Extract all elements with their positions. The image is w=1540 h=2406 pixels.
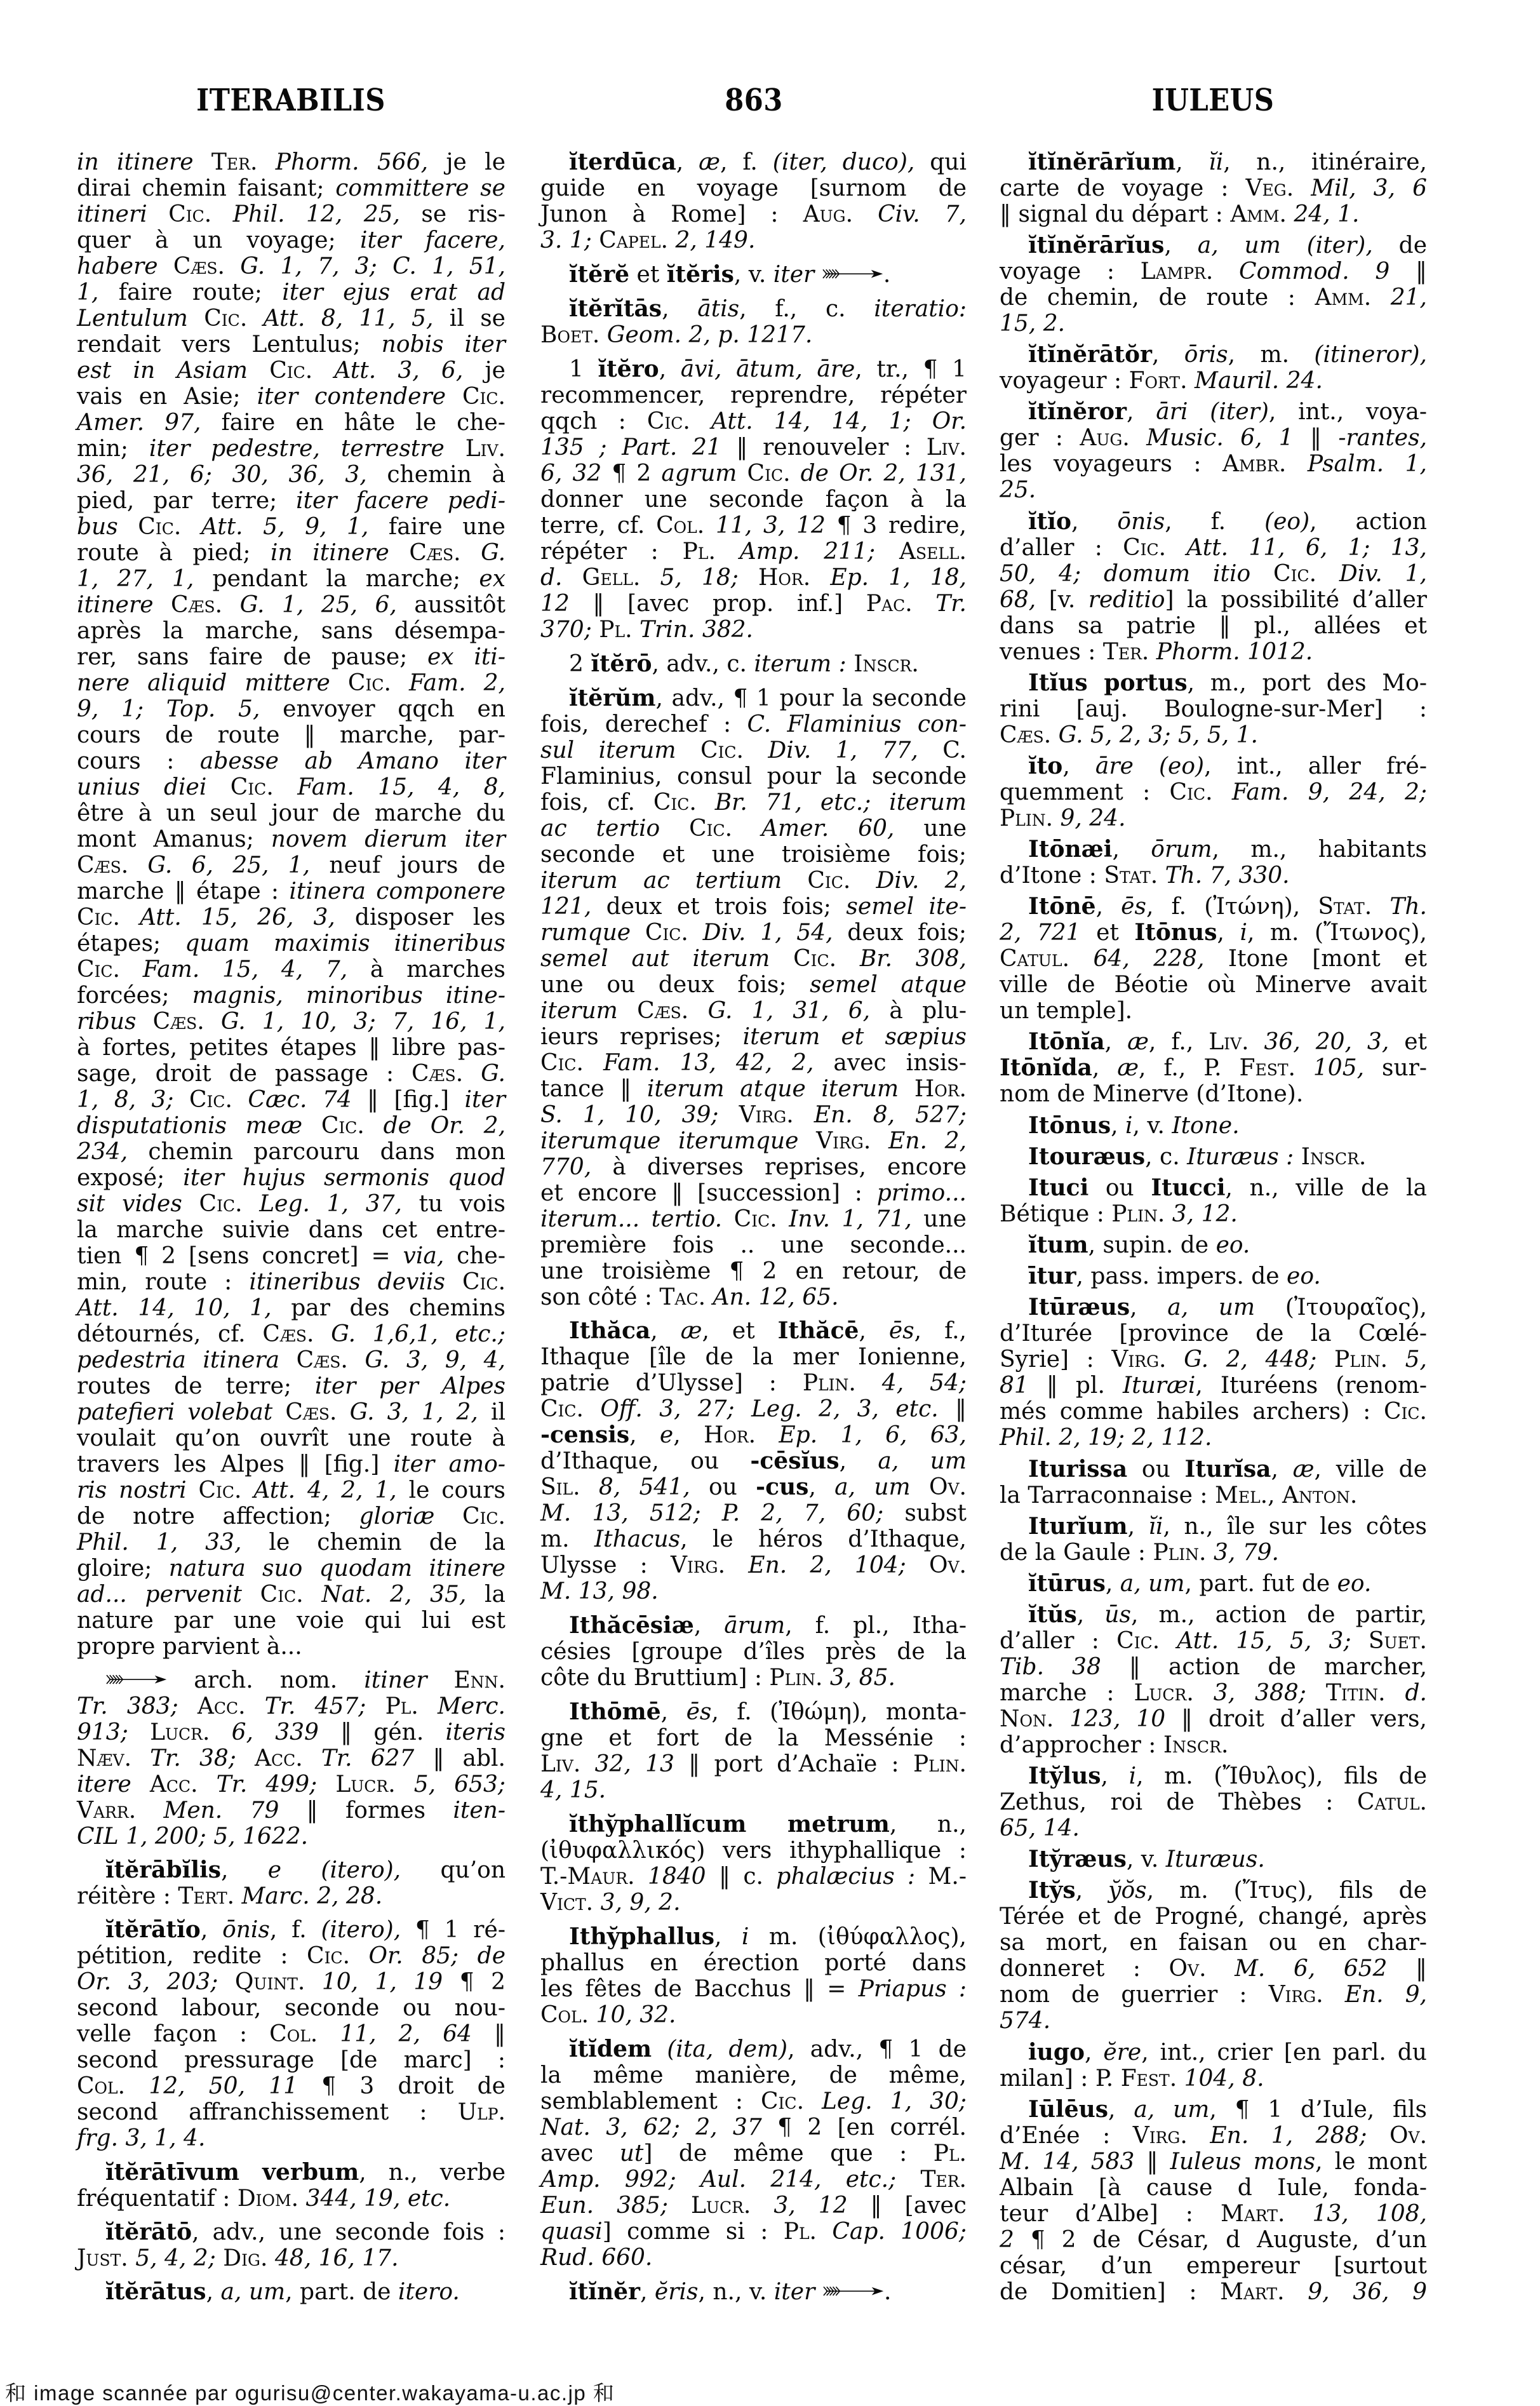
- text-line: M. 13, 98.: [540, 1578, 967, 1604]
- italic-text: gloriæ: [359, 1503, 435, 1529]
- italic-text: 770,: [540, 1154, 591, 1180]
- text-line: Zethus, roi de Thèbes : Catul.: [1000, 1789, 1427, 1815]
- author-abbreviation: Hor.: [704, 1422, 756, 1448]
- headword: ĭtĕrĕ: [569, 261, 629, 288]
- italic-text: de Or. 2,: [384, 1113, 506, 1139]
- author-abbreviation: Pl.: [784, 2219, 817, 2245]
- italic-text: Or. 85; de: [369, 1943, 506, 1969]
- headword: -cus: [756, 1474, 808, 1500]
- author-abbreviation: Plin.: [769, 1665, 822, 1691]
- dictionary-entry: ĭtĭnĕrārĭus, a, um (iter), devoyage : La…: [1000, 232, 1427, 337]
- dictionary-entry: 2 ĭtĕrō, adv., c. iterum : Inscr.: [540, 651, 967, 677]
- text-line: 574.: [1000, 2008, 1427, 2034]
- italic-text: 25.: [1000, 477, 1036, 503]
- italic-text: 1, 8, 3;: [77, 1087, 174, 1113]
- italic-text: d.: [540, 565, 563, 591]
- text-line: min; iter pedestre, terrestre Liv.: [77, 436, 506, 462]
- italic-text: ad... pervenit: [77, 1582, 242, 1608]
- italic-text: C. Flaminius con-: [747, 711, 967, 737]
- italic-text: 5, 18;: [660, 565, 738, 591]
- text-line: cours : abesse ab Amano iter: [77, 748, 506, 774]
- headword: ĭtūrus: [1028, 1570, 1106, 1597]
- italic-text: G. 3, 1, 2,: [350, 1399, 478, 1425]
- text-line: ieurs reprises; iterum et sæpius: [540, 1024, 967, 1050]
- author-abbreviation: Cic.: [734, 1206, 777, 1232]
- author-abbreviation: Cic.: [653, 790, 697, 816]
- dictionary-entry: Ituci ou Itucci, n., ville de laBétique …: [1000, 1175, 1427, 1227]
- text-line: Plin. 9, 24.: [1000, 805, 1427, 831]
- italic-text: Rud. 660.: [540, 2245, 652, 2271]
- text-line: second labour, seconde ou nou-: [77, 1995, 506, 2021]
- italic-text: d.: [1405, 1680, 1428, 1706]
- text-line: Rud. 660.: [540, 2245, 967, 2271]
- author-abbreviation: Cic.: [231, 774, 274, 800]
- dictionary-entry: Itōnus, i, v. Itone.: [1000, 1113, 1427, 1139]
- text-line: pétition, redite : Cic. Or. 85; de: [77, 1943, 506, 1969]
- author-abbreviation: Cæs.: [637, 998, 688, 1024]
- italic-text: iterum atque iterum: [647, 1076, 899, 1102]
- italic-text: 65, 14.: [1000, 1815, 1080, 1841]
- italic-text: 5,: [1405, 1347, 1427, 1373]
- text-line: d’Iturée [province de la Cœlé-: [1000, 1321, 1427, 1347]
- italic-text: iter: [464, 1087, 506, 1113]
- text-line: son côté : Tac. An. 12, 65.: [540, 1284, 967, 1310]
- italic-text: Att. 14, 14, 1; Or.: [711, 408, 967, 434]
- text-line: iterum... tertio. Cic. Inv. 1, 71, une: [540, 1206, 967, 1232]
- headword: Itĭus portus: [1028, 669, 1188, 696]
- italic-text: Cæc. 74: [248, 1087, 351, 1113]
- text-line: forcées; magnis, minoribus itine-: [77, 983, 506, 1009]
- italic-text: ārum: [724, 1613, 785, 1639]
- italic-text: Men. 79: [163, 1798, 279, 1824]
- text-line: Albain [à cause d Iule, fonda-: [1000, 2175, 1427, 2201]
- italic-text: Itone.: [1172, 1113, 1239, 1139]
- italic-text: itineri: [77, 201, 147, 227]
- dictionary-entry: iugo, ĕre, int., crier [en parl. dumilan…: [1000, 2040, 1427, 2092]
- text-line: ĭterdūca, æ, f. (iter, duco), qui: [540, 149, 967, 175]
- italic-text: i: [1240, 920, 1247, 946]
- author-abbreviation: Dig.: [223, 2245, 267, 2271]
- text-line: ĭto, āre (eo), int., aller fré-: [1000, 753, 1427, 779]
- dictionary-entry: ĭtum, supin. de eo.: [1000, 1232, 1427, 1258]
- dictionary-entry: ĭto, āre (eo), int., aller fré-quemment …: [1000, 753, 1427, 831]
- text-line: ĭtĕrŭm, adv., ¶ 1 pour la seconde: [540, 685, 967, 711]
- italic-text: (ita, dem): [667, 2036, 787, 2062]
- italic-text: Merc.: [438, 1693, 506, 1719]
- text-line: Ity̆s, y̆ŏs, m. (Ἴτυς), fils de: [1000, 1878, 1427, 1904]
- italic-text: a, um (iter),: [1198, 232, 1373, 259]
- italic-text: 36, 21, 6; 30, 36, 3,: [77, 462, 367, 488]
- author-abbreviation: Cic.: [198, 1477, 241, 1503]
- italic-text: y̆ŏs: [1108, 1878, 1147, 1904]
- text-line: Ithōmē, ēs, f. (Ἰθώμη), monta-: [540, 1699, 967, 1725]
- italic-text: iterum ac tertium: [540, 868, 782, 894]
- italic-text: ōris: [1184, 342, 1228, 368]
- text-line: Ulysse : Virg. En. 2, 104; Ov.: [540, 1552, 967, 1578]
- author-abbreviation: Cic.: [645, 920, 688, 946]
- text-line: 6, 32 ¶ 2 agrum Cic. de Or. 2, 131,: [540, 460, 967, 487]
- headword: Iturĭum: [1028, 1513, 1128, 1540]
- text-line: Tr. 383; Acc. Tr. 457; Pl. Merc.: [77, 1693, 506, 1719]
- italic-text: Off. 3, 27; Leg. 2, 3, etc.: [600, 1396, 938, 1422]
- text-line: seconde et une troisième fois;: [540, 842, 967, 868]
- text-line: propre parvient à...: [77, 1634, 506, 1660]
- dictionary-entry: ĭtĕrĭtās, ātis, f., c. iteratio:Boet. Ge…: [540, 296, 967, 348]
- italic-text: agrum: [661, 460, 737, 487]
- text-line: réitère : Tert. Marc. 2, 28.: [77, 1883, 506, 1909]
- author-abbreviation: Ov.: [1169, 1956, 1207, 1982]
- headword: -censis: [540, 1421, 629, 1448]
- text-line: sul iterum Cic. Div. 1, 77, C.: [540, 737, 967, 763]
- text-line: Col. 12, 50, 11 ¶ 3 droit de: [77, 2073, 506, 2099]
- author-abbreviation: Cic.: [793, 946, 836, 972]
- italic-text: unius diei: [77, 774, 206, 800]
- text-line: ĭtĕrĭtās, ātis, f., c. iteratio:: [540, 296, 967, 322]
- text-line: ribus Cæs. G. 1, 10, 3; 7, 16, 1,: [77, 1009, 506, 1035]
- text-line: Itĭus portus, m., port des Mo-: [1000, 670, 1427, 696]
- text-line: -censis, e, Hor. Ep. 1, 6, 63,: [540, 1422, 967, 1448]
- text-line: de chemin, de route : Amm. 21,: [1000, 285, 1427, 311]
- text-line: Non. 123, 10 ‖ droit d’aller vers,: [1000, 1706, 1427, 1732]
- headword: ĭtĭdem: [569, 2036, 652, 2062]
- italic-text: iteris: [446, 1719, 506, 1745]
- text-line: (ἰθυφαλλικός) vers ithyphallique :: [540, 1838, 967, 1864]
- text-line: bus Cic. Att. 5, 9, 1, faire une: [77, 514, 506, 540]
- italic-text: iterumque iterumque: [540, 1128, 798, 1154]
- italic-text: CIL 1, 200; 5, 1622.: [77, 1824, 308, 1850]
- text-line: vais en Asie; iter contendere Cic.: [77, 384, 506, 410]
- italic-text: Ituræi: [1123, 1373, 1195, 1399]
- text-line: mont Amanus; novem dierum iter: [77, 826, 506, 852]
- italic-text: 234,: [77, 1139, 128, 1165]
- text-line: Itūræus, a, um (Ἰτουραῖος),: [1000, 1294, 1427, 1321]
- italic-text: Tr. 627: [321, 1745, 415, 1771]
- text-line: fois, derechef : C. Flaminius con-: [540, 711, 967, 737]
- italic-text: 123, 10: [1069, 1706, 1165, 1732]
- author-abbreviation: Mel.: [1215, 1482, 1268, 1509]
- text-line: 913; Lucr. 6, 339 ‖ gén. iteris: [77, 1719, 506, 1745]
- italic-text: Lentulum: [77, 306, 188, 332]
- dictionary-entry: ĭtĭnĕrātŏr, ōris, m. (itineror),voyageur…: [1000, 342, 1427, 394]
- italic-text: ribus: [77, 1009, 136, 1035]
- text-line: Iturĭum, ĭi, n., île sur les côtes: [1000, 1514, 1427, 1540]
- italic-text: itiner: [364, 1667, 427, 1693]
- italic-text: itinera componere: [289, 878, 506, 904]
- text-line: ĭtĭnĕrārĭum, ĭi, n., itinéraire,: [1000, 149, 1427, 175]
- text-line: ĭtĕrātō, adv., une seconde fois :: [77, 2219, 506, 2245]
- text-line: iugo, ĕre, int., crier [en parl. du: [1000, 2040, 1427, 2066]
- italic-text: En. 2,: [888, 1128, 967, 1154]
- text-line: 1 ĭtĕro, āvi, ātum, āre, tr., ¶ 1: [540, 356, 967, 382]
- italic-text: 3. 1;: [540, 227, 592, 253]
- text-line: 121, deux et trois fois; semel ite-: [540, 894, 967, 920]
- italic-text: Att. 5, 9, 1,: [201, 514, 368, 540]
- text-line: phallus en érection porté dans: [540, 1950, 967, 1976]
- text-line: 68, [v. reditio] la possibilité d’aller: [1000, 587, 1427, 613]
- author-abbreviation: Acc.: [198, 1693, 246, 1719]
- italic-text: patefieri volebat: [77, 1399, 272, 1425]
- italic-text: ōnis: [1117, 509, 1165, 535]
- author-abbreviation: Amm.: [1315, 285, 1372, 311]
- italic-text: novem dierum iter: [271, 826, 506, 852]
- author-abbreviation: Aug.: [1080, 425, 1129, 451]
- italic-text: 24, 1.: [1294, 201, 1359, 227]
- text-line: la marche suivie dans cet entre-: [77, 1217, 506, 1243]
- italic-text: G. 3, 9, 4,: [365, 1347, 506, 1373]
- author-abbreviation: Cic.: [321, 1113, 365, 1139]
- italic-text: 6, 32: [540, 460, 601, 487]
- italic-text: Iuleus mons: [1170, 2149, 1315, 2175]
- headword: ĭthy̆phallĭcum metrum: [569, 1811, 890, 1838]
- italic-text: Th.: [1389, 894, 1427, 920]
- text-line: 3. 1; Capel. 2, 149.: [540, 227, 967, 253]
- author-abbreviation: Sil.: [540, 1474, 580, 1500]
- author-abbreviation: Acc.: [255, 1745, 303, 1771]
- headword: Itōnĭda: [1000, 1054, 1092, 1081]
- text-line: Catul. 64, 228, Itone [mont et: [1000, 946, 1427, 972]
- text-line: d. Gell. 5, 18; Hor. Ep. 1, 18,: [540, 565, 967, 591]
- text-line: la Tarraconnaise : Mel., Anton.: [1000, 1482, 1427, 1509]
- text-line: quer à un voyage; iter facere,: [77, 227, 506, 253]
- italic-text: Amer. 97,: [77, 410, 201, 436]
- text-line: ad... pervenit Cic. Nat. 2, 35, la: [77, 1582, 506, 1608]
- text-line: pied, par terre; iter facere pedi-: [77, 488, 506, 514]
- author-abbreviation: Virg.: [739, 1102, 794, 1128]
- author-abbreviation: Næv.: [77, 1745, 131, 1771]
- italic-text: Mil, 3, 6: [1311, 175, 1427, 201]
- italic-text: Div. 1, 77,: [768, 737, 918, 763]
- text-line: gloire; natura suo quodam itinere: [77, 1556, 506, 1582]
- text-line: Næv. Tr. 38; Acc. Tr. 627 ‖ abl.: [77, 1745, 506, 1771]
- author-abbreviation: Cæs.: [77, 852, 128, 878]
- text-line: ītur, pass. impers. de eo.: [1000, 1263, 1427, 1289]
- italic-text: Fam. 9, 24, 2;: [1232, 779, 1427, 805]
- text-line: ĭtĭnĕrārĭus, a, um (iter), de: [1000, 232, 1427, 259]
- author-abbreviation: Veg.: [1246, 175, 1294, 201]
- italic-text: ōrum: [1151, 837, 1212, 863]
- scan-credit-footer: 和 image scannée par ogurisu@center.wakay…: [5, 2382, 615, 2403]
- italic-text: 68,: [1000, 587, 1036, 613]
- text-line: avec ut] de même que : Pl.: [540, 2141, 967, 2167]
- text-line: Cic. Fam. 15, 4, 7, à marches: [77, 957, 506, 983]
- author-abbreviation: Cic.: [204, 306, 247, 332]
- dictionary-entry: ĭterdūca, æ, f. (iter, duco), quiguide e…: [540, 149, 967, 253]
- author-abbreviation: Tac.: [659, 1284, 706, 1310]
- text-line: 50, 4; domum itio Cic. Div. 1,: [1000, 561, 1427, 587]
- text-line: les fêtes de Bacchus ‖ = Priapus :: [540, 1976, 967, 2002]
- text-line: de Domitien] : Mart. 9, 36, 9: [1000, 2279, 1427, 2305]
- italic-text: Fam. 13, 42, 2,: [603, 1050, 814, 1076]
- author-abbreviation: Liv.: [540, 1751, 580, 1777]
- text-line: milan] : P. Fest. 104, 8.: [1000, 2066, 1427, 2092]
- dictionary-entry: ĭtĭnĕr, ĕris, n., v. iter .: [540, 2279, 967, 2305]
- author-abbreviation: Liv.: [927, 434, 967, 460]
- author-abbreviation: Plin.: [1000, 805, 1053, 831]
- text-line: Ity̆lus, i, m. (Ἴθυλος), fils de: [1000, 1763, 1427, 1789]
- italic-text: 4, 15.: [540, 1777, 606, 1803]
- text-line: quemment : Cic. Fam. 9, 24, 2;: [1000, 779, 1427, 805]
- italic-text: 15, 2.: [1000, 311, 1065, 337]
- text-line: itineri Cic. Phil. 12, 25, se ris-: [77, 201, 506, 227]
- text-line: d’aller : Cic. Att. 15, 5, 3; Suet.: [1000, 1628, 1427, 1654]
- italic-text: Ithacus: [594, 1526, 680, 1552]
- text-line: Itouræus, c. Ituræus : Inscr.: [1000, 1144, 1427, 1170]
- page-number: 863: [725, 85, 783, 116]
- headword: Ithăca: [569, 1317, 650, 1344]
- author-abbreviation: Cic.: [807, 868, 850, 894]
- italic-text: a, um: [1120, 1571, 1185, 1597]
- headword: Ithōmē: [569, 1698, 661, 1725]
- italic-text: 2, 149.: [675, 227, 755, 253]
- author-abbreviation: Cic.: [348, 670, 391, 696]
- italic-text: S. 1, 10, 39;: [540, 1102, 719, 1128]
- text-line: rini [auj. Boulogne-sur-Mer] :: [1000, 696, 1427, 722]
- text-line: nature par une voie qui lui est: [77, 1608, 506, 1634]
- author-abbreviation: Asell.: [899, 539, 967, 565]
- dictionary-entry: ĭtĕrŭm, adv., ¶ 1 pour la secondefois, d…: [540, 685, 967, 1310]
- text-line: patefieri volebat Cæs. G. 3, 1, 2, il: [77, 1399, 506, 1425]
- author-abbreviation: Lucr.: [150, 1719, 210, 1745]
- text-line: 370; Pl. Trin. 382.: [540, 617, 967, 643]
- author-abbreviation: Plin.: [1334, 1347, 1388, 1373]
- italic-text: G. 5, 2, 3; 5, 5, 1.: [1059, 722, 1258, 748]
- author-abbreviation: Cic.: [689, 816, 732, 842]
- headword: ĭtĭnĕrārĭus: [1028, 232, 1164, 259]
- italic-text: æ: [681, 1318, 702, 1344]
- italic-text: An. 12, 65.: [713, 1284, 839, 1310]
- italic-text: ātis: [697, 296, 739, 322]
- author-abbreviation: Cæs.: [173, 253, 225, 279]
- dictionary-entry: Ithăca, æ, et Ithăcē, ēs, f.,Ithaque [îl…: [540, 1318, 967, 1604]
- dictionary-entry: Ity̆ræus, v. Ituræus.: [1000, 1846, 1427, 1872]
- text-line: itere Acc. Tr. 499; Lucr. 5, 653;: [77, 1771, 506, 1798]
- headword: Ithăcē: [778, 1317, 859, 1344]
- author-abbreviation: Cic.: [77, 904, 120, 931]
- italic-text: phalæcius :: [776, 1864, 915, 1890]
- italic-text: iter: [773, 262, 815, 288]
- dictionary-entry: Itōnæi, ōrum, m., habitantsd’Itone : Sta…: [1000, 837, 1427, 889]
- italic-text: En. 8, 527;: [814, 1102, 967, 1128]
- italic-text: 13, 108,: [1312, 2201, 1427, 2227]
- author-abbreviation: Cic.: [269, 358, 312, 384]
- author-abbreviation: Virg.: [1111, 1347, 1166, 1373]
- italic-text: āri (iter): [1156, 399, 1269, 425]
- text-line: Itōnĭa, æ, f., Liv. 36, 20, 3, et: [1000, 1029, 1427, 1055]
- author-abbreviation: Mart.: [1220, 2279, 1284, 2305]
- text-line: Flaminius, consul pour la seconde: [540, 763, 967, 790]
- text-line: ac tertio Cic. Amer. 60, une: [540, 816, 967, 842]
- italic-text: 50, 4; domum itio: [1000, 561, 1250, 587]
- author-abbreviation: Cic.: [168, 201, 211, 227]
- dictionary-entry: ĭtĕrātus, a, um, part. de itero.: [77, 2279, 506, 2305]
- text-line: Cic. Att. 15, 26, 3, disposer les: [77, 904, 506, 931]
- italic-text: disputationis meæ: [77, 1113, 302, 1139]
- headword: Itūræus: [1028, 1294, 1130, 1321]
- author-abbreviation: Pl.: [385, 1693, 418, 1719]
- text-line: Varr. Men. 79 ‖ formes iten-: [77, 1798, 506, 1824]
- text-line: un temple].: [1000, 998, 1427, 1024]
- italic-text: ĭi: [1209, 149, 1223, 175]
- italic-text: 913;: [77, 1719, 128, 1745]
- italic-text: 9, 24.: [1060, 805, 1125, 831]
- text-line: une troisième ¶ 2 en retour, de: [540, 1258, 967, 1284]
- author-abbreviation: Cæs.: [412, 1061, 463, 1087]
- italic-text: G. 1,6,1, etc.;: [331, 1321, 506, 1347]
- text-line: dirai chemin faisant; committere se: [77, 175, 506, 201]
- dictionary-entry: ĭtĕrātĭo, ōnis, f. (itero), ¶ 1 ré-pétit…: [77, 1917, 506, 2151]
- dictionary-entry: ĭtĕrĕ et ĭtĕris, v. iter .: [540, 262, 967, 288]
- italic-text: Geom. 2, p. 1217.: [607, 322, 813, 348]
- italic-text: ūs: [1104, 1602, 1131, 1628]
- author-abbreviation: Col.: [656, 513, 704, 539]
- dictionary-entry: Itōnē, ēs, f. (Ἰτώνη), Stat. Th.2, 721 e…: [1000, 894, 1427, 1024]
- text-line: m. Ithacus, le héros d’Ithaque,: [540, 1526, 967, 1552]
- text-line: CIL 1, 200; 5, 1622.: [77, 1824, 506, 1850]
- text-line: tien ¶ 2 [sens concret] = via, che-: [77, 1243, 506, 1269]
- author-abbreviation: Col.: [77, 2073, 125, 2099]
- italic-text: Tr. 38;: [150, 1745, 236, 1771]
- italic-text: 21,: [1391, 285, 1427, 311]
- text-line: de la Gaule : Plin. 3, 79.: [1000, 1540, 1427, 1566]
- text-line: 15, 2.: [1000, 311, 1427, 337]
- author-abbreviation: Cic.: [260, 1582, 304, 1608]
- italic-text: itere: [77, 1771, 131, 1798]
- headword: Ithy̆phallus: [569, 1923, 714, 1950]
- dictionary-entry: ĭtĭnĕrārĭum, ĭi, n., itinéraire,carte de…: [1000, 149, 1427, 227]
- italic-text: Div. 1,: [1339, 561, 1427, 587]
- italic-text: iter facere pedi-: [296, 488, 506, 514]
- italic-text: Marc. 2, 28.: [242, 1883, 383, 1909]
- headword: ĭtĕris: [667, 261, 734, 288]
- author-abbreviation: Cic.: [77, 957, 120, 983]
- italic-text: i: [742, 1924, 749, 1950]
- author-abbreviation: Pl.: [934, 2141, 967, 2167]
- text-line: Or. 3, 203; Quint. 10, 1, 19 ¶ 2: [77, 1969, 506, 1995]
- italic-text: -rantes,: [1338, 425, 1427, 451]
- author-abbreviation: Stat.: [1104, 863, 1158, 889]
- dictionary-entry: ĭthy̆phallĭcum metrum, n.,(ἰθυφαλλικός) …: [540, 1811, 967, 1916]
- italic-text: pedestria itinera: [77, 1347, 279, 1373]
- text-line: terre, cf. Col. 11, 3, 12 ¶ 3 redire,: [540, 513, 967, 539]
- text-line: ‖ signal du départ : Amm. 24, 1.: [1000, 201, 1427, 227]
- italic-text: Fam. 15, 4, 7,: [143, 957, 348, 983]
- dictionary-entry: ĭtĕrātō, adv., une seconde fois :Just. 5…: [77, 2219, 506, 2271]
- headword: Ithăcēsiæ: [569, 1612, 694, 1639]
- italic-text: 344, 19, etc.: [306, 2186, 451, 2212]
- italic-text: En. 9,: [1345, 1982, 1427, 2008]
- text-line: ger : Aug. Music. 6, 1 ‖ -rantes,: [1000, 425, 1427, 451]
- italic-text: a, um: [834, 1474, 911, 1500]
- italic-text: G. 1, 25, 6,: [240, 592, 397, 618]
- italic-text: e: [660, 1422, 673, 1448]
- author-abbreviation: Cic.: [647, 408, 690, 434]
- text-line: semblablement : Cic. Leg. 1, 30;: [540, 2088, 967, 2114]
- italic-text: 1, 27, 1,: [77, 566, 194, 592]
- dictionary-entry: Iūlēus, a, um, ¶ 1 d’Iule, filsd’Enée : …: [1000, 2097, 1427, 2305]
- italic-text: Priapus :: [859, 1976, 967, 2002]
- headword: ĭtĕrĭtās: [569, 295, 662, 322]
- headword: ĭtĭnĕror: [1028, 398, 1127, 425]
- dictionary-entry: Ithy̆phallus, i m. (ἰθύφαλλος),phallus e…: [540, 1924, 967, 2028]
- author-abbreviation: Suet.: [1369, 1628, 1427, 1654]
- italic-text: itero.: [398, 2279, 460, 2305]
- text-line: Térée et de Progné, changé, après: [1000, 1904, 1427, 1930]
- text-line: teur d’Albe] : Mart. 13, 108,: [1000, 2201, 1427, 2227]
- text-line: gne et fort de la Messénie :: [540, 1725, 967, 1751]
- italic-text: Tr. 383;: [77, 1693, 178, 1719]
- italic-text: iter pedestre, terrestre: [149, 436, 445, 462]
- italic-text: 32, 13: [595, 1751, 674, 1777]
